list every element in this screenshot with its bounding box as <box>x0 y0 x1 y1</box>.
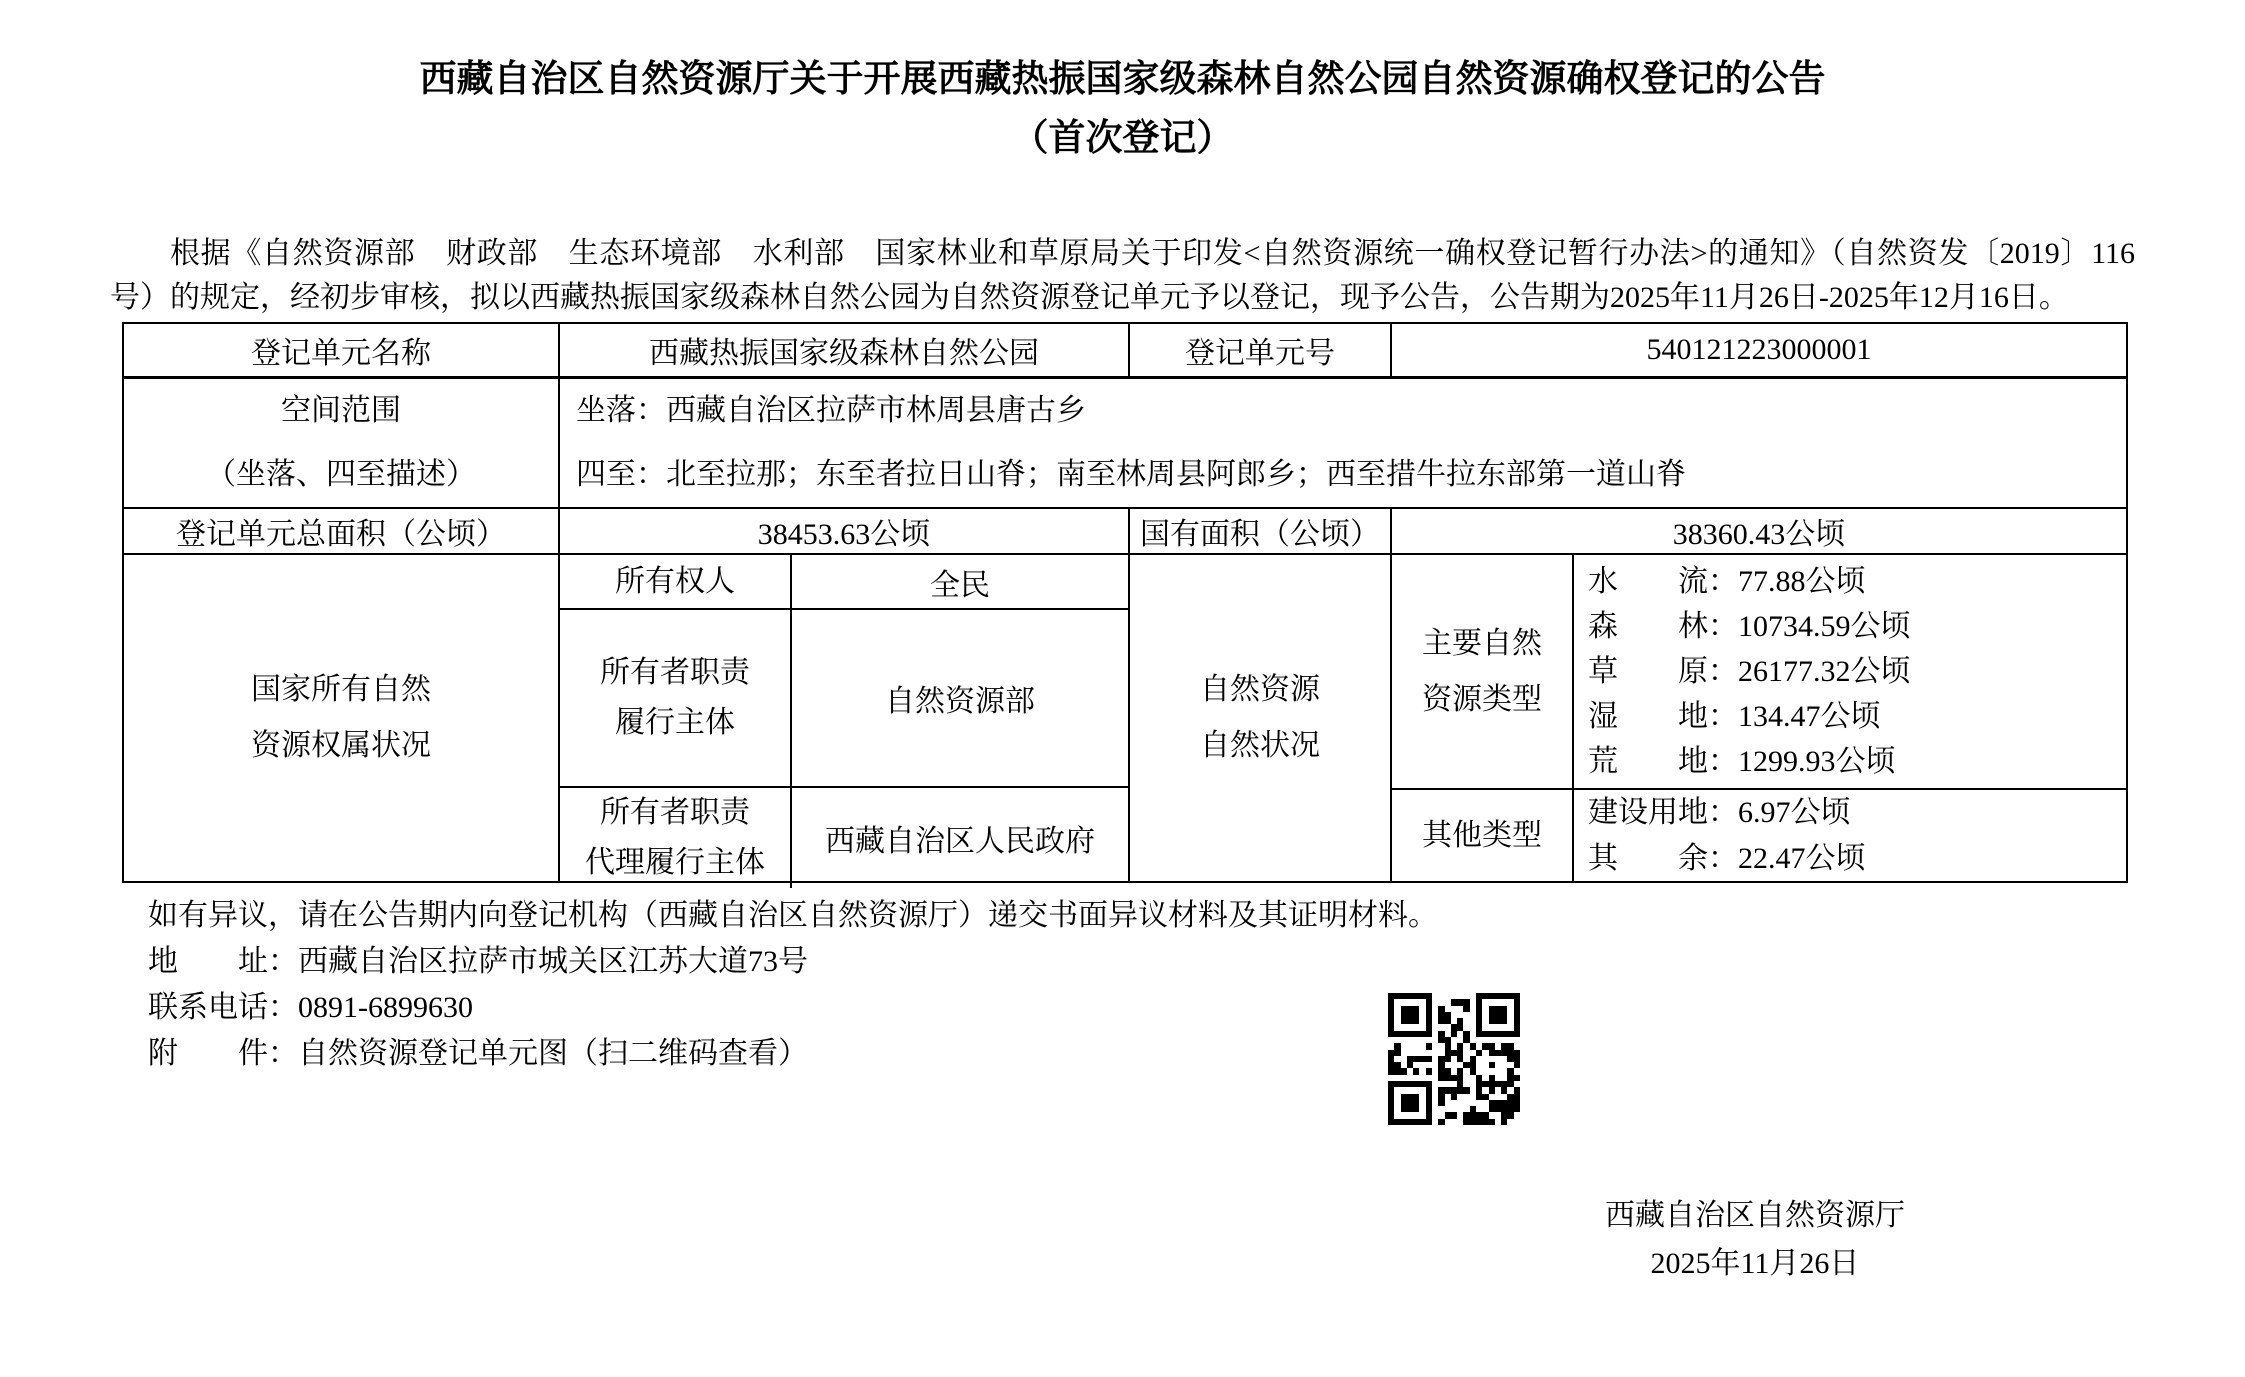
main-types-values: 水 流：77.88公顷 森 林：10734.59公顷 草 原：26177.32公… <box>1574 555 2126 788</box>
duty-row: 所有者职责 履行主体 自然资源部 <box>560 610 1128 788</box>
footer-block: 如有异议，请在公告期内向登记机构（西藏自治区自然资源厅）递交书面异议材料及其证明… <box>148 893 2135 1077</box>
agent-value: 西藏自治区人民政府 <box>792 788 1128 888</box>
table-row-area: 登记单元总面积（公顷） 38453.63公顷 国有面积（公顷） 38360.43… <box>124 509 2126 555</box>
spatial-scope-label: 空间范围 （坐落、四至描述） <box>124 379 560 507</box>
duty-label: 所有者职责 履行主体 <box>560 610 792 786</box>
document-subtitle: （首次登记） <box>115 116 2130 162</box>
state-area-label: 国有面积（公顷） <box>1130 509 1392 553</box>
total-area-value: 38453.63公顷 <box>560 509 1130 553</box>
ownership-section-label: 国家所有自然 资源权属状况 <box>124 555 560 881</box>
other-types-row: 其他类型 建设用地：6.97公顷 其 余：22.47公顷 <box>1392 790 2126 882</box>
boundaries-line: 四至：北至拉那；东至者拉日山脊；南至林周县阿郎乡；西至措牛拉东部第一道山脊 <box>576 443 1686 507</box>
owner-label: 所有权人 <box>560 555 792 608</box>
issuer-name: 西藏自治区自然资源厅 <box>1520 1192 1990 1240</box>
main-type-line: 湿 地：134.47公顷 <box>1588 694 1881 739</box>
table-row-ownership-status: 国家所有自然 资源权属状况 所有权人 全民 所有者职责 履行主体 自然资源部 所… <box>124 555 2126 881</box>
main-type-line: 荒 地：1299.93公顷 <box>1588 739 1896 784</box>
main-type-line: 水 流：77.88公顷 <box>1588 559 1866 604</box>
agent-label: 所有者职责 代理履行主体 <box>560 788 792 888</box>
main-type-line: 森 林：10734.59公顷 <box>1588 604 1911 649</box>
duty-value: 自然资源部 <box>792 610 1128 786</box>
address-line: 地 址：西藏自治区拉萨市城关区江苏大道73号 <box>148 939 2135 985</box>
qr-code <box>1388 993 1520 1125</box>
main-types-label: 主要自然 资源类型 <box>1392 555 1574 788</box>
natural-status-label: 自然资源 自然状况 <box>1130 555 1392 881</box>
spatial-scope-value: 坐落：西藏自治区拉萨市林周县唐古乡 四至：北至拉那；东至者拉日山脊；南至林周县阿… <box>560 379 2126 507</box>
agent-row: 所有者职责 代理履行主体 西藏自治区人民政府 <box>560 788 1128 888</box>
other-types-label: 其他类型 <box>1392 790 1574 882</box>
issue-date: 2025年11月26日 <box>1520 1240 1990 1288</box>
main-types-row: 主要自然 资源类型 水 流：77.88公顷 森 林：10734.59公顷 草 原… <box>1392 555 2126 790</box>
document-title: 西藏自治区自然资源厅关于开展西藏热振国家级森林自然公园自然资源确权登记的公告 <box>115 0 2130 108</box>
table-row-spatial-scope: 空间范围 （坐落、四至描述） 坐落：西藏自治区拉萨市林周县唐古乡 四至：北至拉那… <box>124 379 2126 509</box>
unit-name-label: 登记单元名称 <box>124 324 560 376</box>
other-types-values: 建设用地：6.97公顷 其 余：22.47公顷 <box>1574 790 2126 882</box>
unit-number-label: 登记单元号 <box>1130 324 1392 376</box>
announcement-document: 西藏自治区自然资源厅关于开展西藏热振国家级森林自然公园自然资源确权登记的公告 （… <box>0 0 2245 1377</box>
state-area-value: 38360.43公顷 <box>1392 509 2126 553</box>
attachment-line: 附 件：自然资源登记单元图（扫二维码查看） <box>148 1031 2135 1077</box>
registration-table: 登记单元名称 西藏热振国家级森林自然公园 登记单元号 5401212230000… <box>122 322 2128 883</box>
unit-name-value: 西藏热振国家级森林自然公园 <box>560 324 1130 376</box>
table-row-unit: 登记单元名称 西藏热振国家级森林自然公园 登记单元号 5401212230000… <box>124 324 2126 379</box>
signature-block: 西藏自治区自然资源厅 2025年11月26日 <box>1520 1192 1990 1288</box>
owner-row: 所有权人 全民 <box>560 555 1128 610</box>
unit-number-value: 540121223000001 <box>1392 324 2126 376</box>
location-line: 坐落：西藏自治区拉萨市林周县唐古乡 <box>576 379 1086 443</box>
total-area-label: 登记单元总面积（公顷） <box>124 509 560 553</box>
intro-paragraph: 根据《自然资源部 财政部 生态环境部 水利部 国家林业和草原局关于印发<自然资源… <box>110 232 2135 320</box>
other-type-line: 其 余：22.47公顷 <box>1588 836 1866 882</box>
resource-types-subtable: 主要自然 资源类型 水 流：77.88公顷 森 林：10734.59公顷 草 原… <box>1392 555 2126 881</box>
phone-line: 联系电话：0891-6899630 <box>148 985 2135 1031</box>
ownership-subtable: 所有权人 全民 所有者职责 履行主体 自然资源部 所有者职责 代理履行主体 西藏… <box>560 555 1130 881</box>
main-type-line: 草 原：26177.32公顷 <box>1588 649 1911 694</box>
owner-value: 全民 <box>792 555 1128 608</box>
other-type-line: 建设用地：6.97公顷 <box>1588 790 1851 836</box>
objection-note: 如有异议，请在公告期内向登记机构（西藏自治区自然资源厅）递交书面异议材料及其证明… <box>148 893 2135 939</box>
